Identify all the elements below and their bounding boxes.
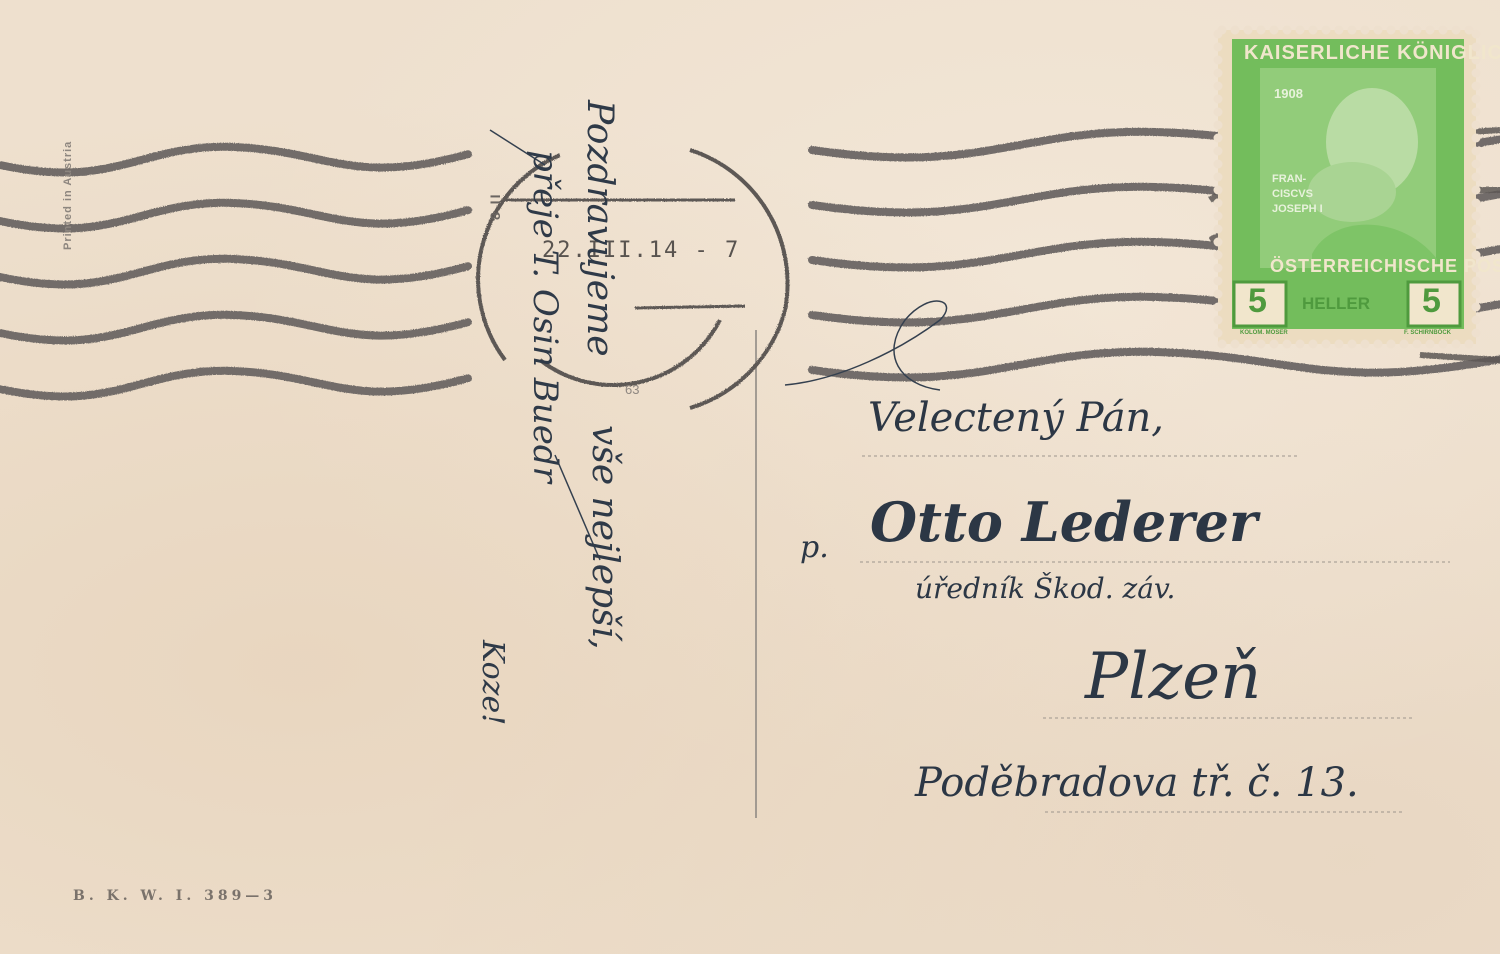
stamp-year: 1908 (1274, 86, 1303, 101)
stamp-bottom-text: ÖSTERREICHISCHE POST (1270, 256, 1500, 277)
stamp-engraver: F. SCHIRNBÖCK (1404, 330, 1451, 336)
stamp-caption: FRAN- CISCVS JOSEPH I (1272, 172, 1323, 217)
stamp-value-right: 5 (1422, 282, 1441, 321)
address-city: Plzeň (1085, 640, 1261, 714)
address-street: Poděbradova tř. č. 13. (915, 760, 1359, 806)
address-salutation: Velectený Pán, (868, 395, 1164, 441)
address-name: Otto Lederer (870, 490, 1257, 554)
postcard-back: Printed in Austria B. K. W. I. 389—3 22.… (0, 0, 1500, 954)
postage-stamp: KAISERLICHE KÖNIGLICHE ÖSTERREICHISCHE P… (1212, 24, 1482, 350)
stamp-currency: HELLER (1302, 294, 1370, 314)
stamp-value-left: 5 (1248, 282, 1267, 321)
message-line-3: přeje T. Osin Buedr (525, 150, 565, 483)
postmark-date: 22.III.14 - 7 (542, 238, 740, 263)
publisher-code: B. K. W. I. 389—3 (73, 888, 277, 904)
message-line-4: Koze! (475, 640, 510, 725)
postmark-side-text: 8 II (487, 193, 503, 220)
printer-imprint: Printed in Austria (62, 141, 74, 250)
message-line-1: Pozdravujeme (579, 100, 620, 357)
stamp-top-text: KAISERLICHE KÖNIGLICHE (1244, 42, 1500, 65)
message-line-2: vše nejlepší, (584, 425, 625, 650)
address-occupation: úředník Škod. záv. (915, 572, 1175, 605)
postmark-bottom-text: 63 (625, 382, 639, 397)
address-name-prefix: p. (800, 530, 829, 565)
stamp-designer: KOLOM. MOSER (1240, 330, 1288, 336)
